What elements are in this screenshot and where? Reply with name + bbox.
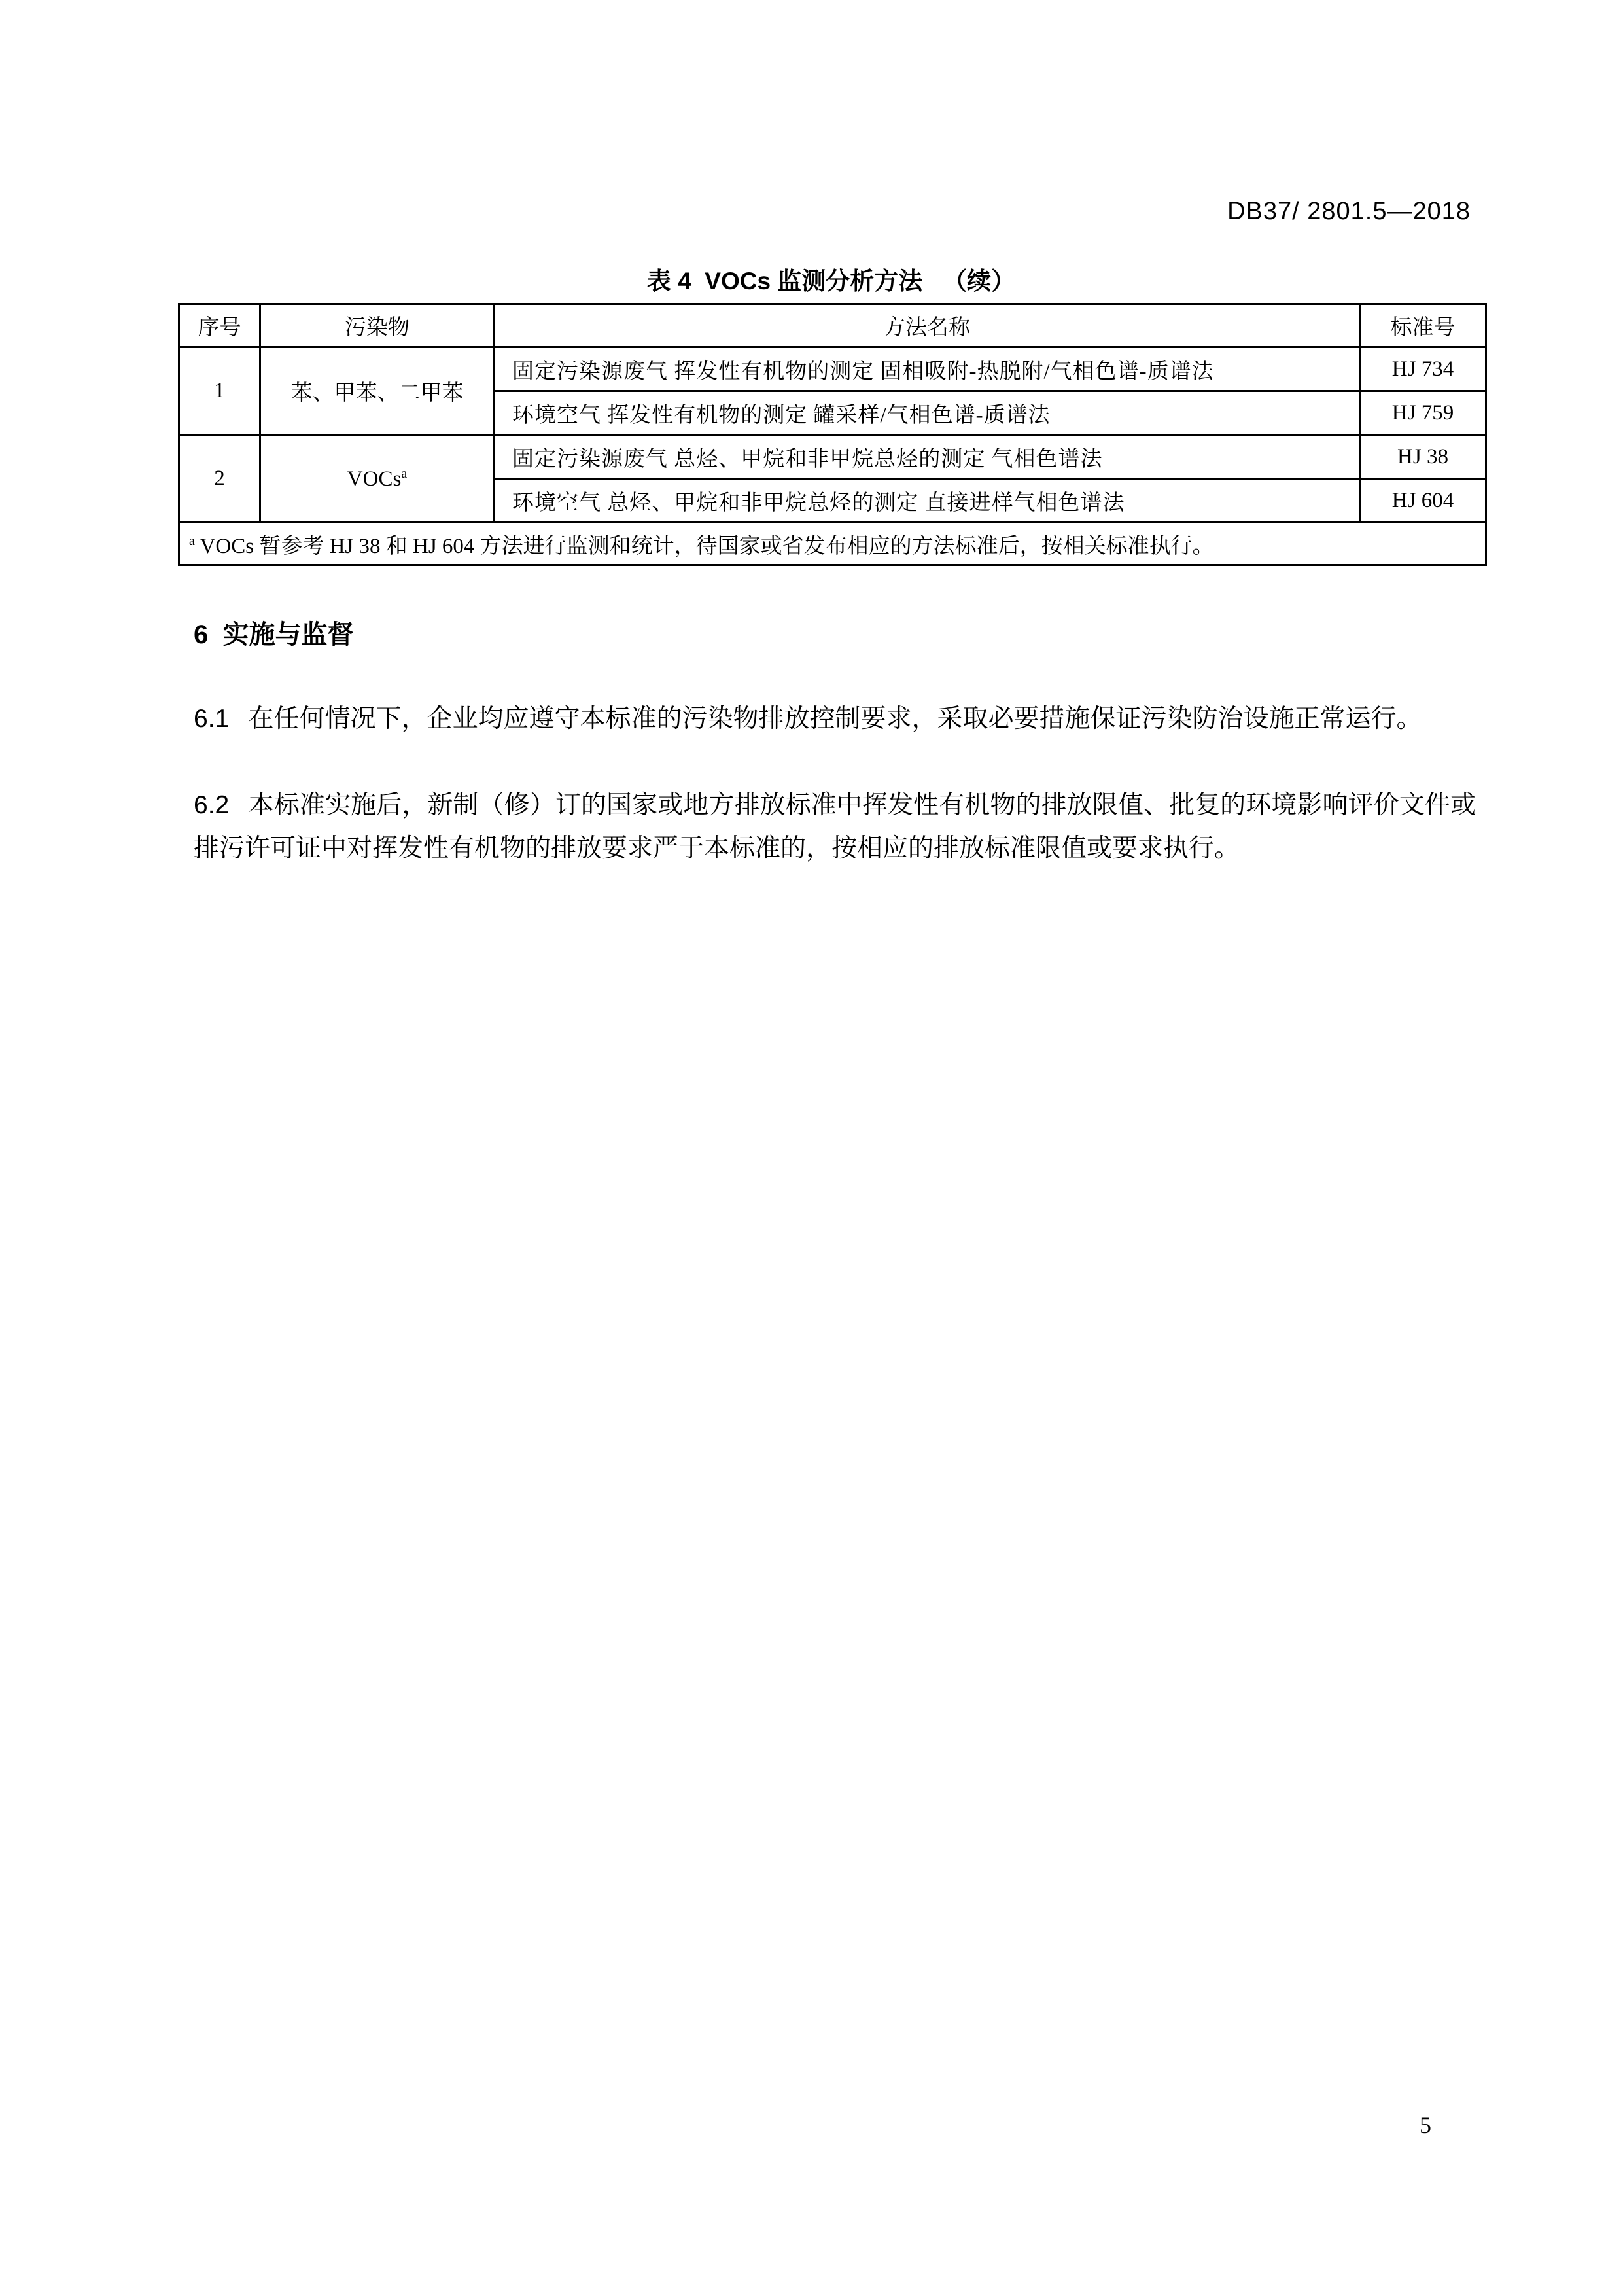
footnote-marker: a <box>401 467 407 481</box>
page-number: 5 <box>1420 2111 1431 2140</box>
table-row: 2 VOCsa 固定污染源废气 总烃、甲烷和非甲烷总烃的测定 气相色谱法 HJ … <box>179 435 1486 479</box>
method-cell: 环境空气 总烃、甲烷和非甲烷总烃的测定 直接进样气相色谱法 <box>495 479 1360 523</box>
pollutant-cell: VOCsa <box>260 435 495 523</box>
table-footnote: a VOCs 暂参考 HJ 38 和 HJ 604 方法进行监测和统计，待国家或… <box>179 523 1486 565</box>
column-header-pollutant: 污染物 <box>260 304 495 347</box>
section-heading: 6 实施与监督 <box>194 618 353 652</box>
method-cell: 环境空气 挥发性有机物的测定 罐采样/气相色谱-质谱法 <box>495 391 1360 435</box>
clause-number: 6.1 <box>194 705 229 733</box>
footnote-text: VOCs 暂参考 HJ 38 和 HJ 604 方法进行监测和统计，待国家或省发… <box>200 535 1214 558</box>
clause-text: 本标准实施后，新制（修）订的国家或地方排放标准中挥发性有机物的排放限值、批复的环… <box>194 791 1476 862</box>
pollutant-cell: 苯、甲苯、二甲苯 <box>260 347 495 435</box>
standard-cell: HJ 38 <box>1360 435 1486 479</box>
column-header-method: 方法名称 <box>495 304 1360 347</box>
table-caption: 表 4 VOCs 监测分析方法 （续） <box>179 265 1484 298</box>
table-row: 1 苯、甲苯、二甲苯 固定污染源废气 挥发性有机物的测定 固相吸附-热脱附/气相… <box>179 347 1486 391</box>
table-footnote-row: a VOCs 暂参考 HJ 38 和 HJ 604 方法进行监测和统计，待国家或… <box>179 523 1486 565</box>
pollutant-name: VOCs <box>347 467 402 491</box>
paragraph-6-2: 6.2 本标准实施后，新制（修）订的国家或地方排放标准中挥发性有机物的排放限值、… <box>194 784 1476 870</box>
paragraph-6-1: 6.1 在任何情况下，企业均应遵守本标准的污染物排放控制要求，采取必要措施保证污… <box>194 698 1476 741</box>
column-header-index: 序号 <box>179 304 260 347</box>
column-header-standard: 标准号 <box>1360 304 1486 347</box>
methods-table: 序号 污染物 方法名称 标准号 1 苯、甲苯、二甲苯 固定污染源废气 挥发性有机… <box>178 303 1487 566</box>
index-cell: 2 <box>179 435 260 523</box>
clause-text: 在任何情况下，企业均应遵守本标准的污染物排放控制要求，采取必要措施保证污染防治设… <box>248 705 1422 733</box>
method-cell: 固定污染源废气 挥发性有机物的测定 固相吸附-热脱附/气相色谱-质谱法 <box>495 347 1360 391</box>
method-cell: 固定污染源废气 总烃、甲烷和非甲烷总烃的测定 气相色谱法 <box>495 435 1360 479</box>
document-code: DB37/ 2801.5—2018 <box>1209 196 1471 226</box>
pollutant-name: 苯、甲苯、二甲苯 <box>291 381 464 405</box>
table-header-row: 序号 污染物 方法名称 标准号 <box>179 304 1486 347</box>
footnote-marker: a <box>189 534 195 548</box>
standard-cell: HJ 734 <box>1360 347 1486 391</box>
index-cell: 1 <box>179 347 260 435</box>
standard-cell: HJ 604 <box>1360 479 1486 523</box>
clause-number: 6.2 <box>194 791 229 819</box>
standard-cell: HJ 759 <box>1360 391 1486 435</box>
